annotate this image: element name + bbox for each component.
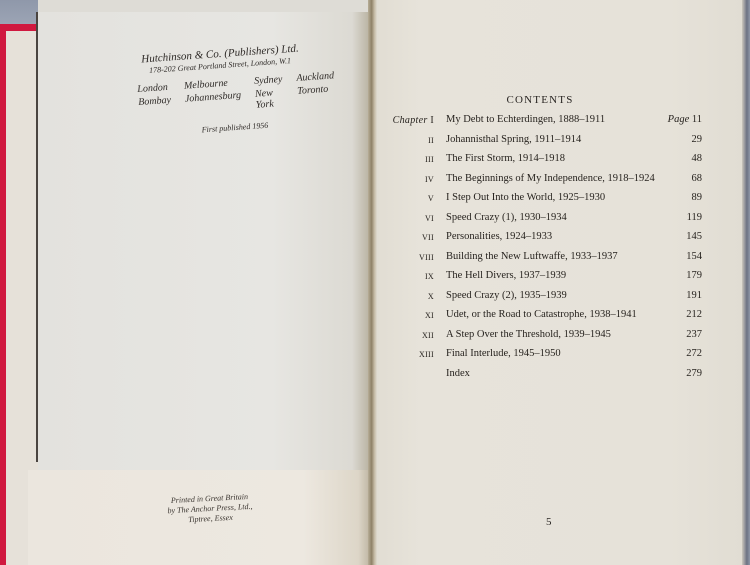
page-value: 237 bbox=[686, 329, 702, 340]
chapter-numeral: Chapter I bbox=[393, 115, 434, 126]
toc-entry: IXThe Hell Divers, 1937–1939179 bbox=[392, 268, 712, 288]
page-value: 272 bbox=[686, 348, 702, 359]
chapter-title: Johannisthal Spring, 1911–1914 bbox=[446, 134, 581, 145]
city: Toronto bbox=[297, 83, 336, 108]
chapter-title: Final Interlude, 1945–1950 bbox=[446, 348, 561, 359]
numeral-value: II bbox=[428, 136, 434, 145]
page-value: 212 bbox=[686, 309, 702, 320]
chapter-numeral: X bbox=[428, 292, 434, 301]
numeral-value: I bbox=[430, 115, 434, 126]
toc-entry: IVThe Beginnings of My Independence, 191… bbox=[392, 171, 712, 191]
toc-entry: VI Step Out Into the World, 1925–193089 bbox=[392, 190, 712, 210]
chapter-title: The Hell Divers, 1937–1939 bbox=[446, 270, 566, 281]
numeral-value: IX bbox=[425, 272, 434, 281]
page-label: Page bbox=[668, 114, 690, 125]
chapter-numeral: VIII bbox=[419, 253, 434, 262]
page-value: 191 bbox=[686, 290, 702, 301]
city: Bombay bbox=[138, 95, 172, 119]
chapter-page: 237 bbox=[686, 329, 702, 340]
numeral-value: IV bbox=[425, 175, 434, 184]
toc-entry: Index279 bbox=[392, 366, 712, 386]
page-value: 48 bbox=[692, 153, 703, 164]
toc-entry: VIIIBuilding the New Luftwaffe, 1933–193… bbox=[392, 249, 712, 269]
open-book-photo: Hutchinson & Co. (Publishers) Ltd. 178-2… bbox=[0, 0, 750, 565]
city: Johannesburg bbox=[185, 90, 243, 116]
chapter-title: Udet, or the Road to Catastrophe, 1938–1… bbox=[446, 309, 637, 320]
chapter-numeral: VII bbox=[422, 233, 434, 242]
left-page-top-edge bbox=[38, 0, 372, 12]
toc-entry: VISpeed Crazy (1), 1930–1934119 bbox=[392, 210, 712, 230]
toc-entry: XIIIFinal Interlude, 1945–1950272 bbox=[392, 346, 712, 366]
page-value: 29 bbox=[692, 134, 703, 145]
chapter-title: Speed Crazy (2), 1935–1939 bbox=[446, 290, 567, 301]
chapter-title: A Step Over the Threshold, 1939–1945 bbox=[446, 329, 611, 340]
chapter-page: 179 bbox=[686, 270, 702, 281]
chapter-page: 68 bbox=[692, 173, 703, 184]
chapter-page: 145 bbox=[686, 231, 702, 242]
page-number: 5 bbox=[546, 516, 552, 528]
toc-entry: XSpeed Crazy (2), 1935–1939191 bbox=[392, 288, 712, 308]
city: New York bbox=[255, 87, 285, 111]
chapter-page: 154 bbox=[686, 251, 702, 262]
chapter-title: I Step Out Into the World, 1925–1930 bbox=[446, 192, 605, 203]
table-of-contents: Chapter IMy Debt to Echterdingen, 1888–1… bbox=[392, 112, 712, 385]
chapter-page: 212 bbox=[686, 309, 702, 320]
chapter-page: 119 bbox=[687, 212, 702, 223]
chapter-title: Index bbox=[446, 368, 470, 379]
page-value: 154 bbox=[686, 251, 702, 262]
chapter-title: Building the New Luftwaffe, 1933–1937 bbox=[446, 251, 618, 262]
chapter-page: Page 11 bbox=[668, 114, 702, 125]
toc-entry: Chapter IMy Debt to Echterdingen, 1888–1… bbox=[392, 112, 712, 132]
page-value: 68 bbox=[692, 173, 703, 184]
page-value: 145 bbox=[686, 231, 702, 242]
page-value: 11 bbox=[692, 114, 702, 125]
chapter-numeral: XIII bbox=[419, 350, 434, 359]
chapter-numeral: XII bbox=[422, 331, 434, 340]
page-value: 279 bbox=[686, 368, 702, 379]
numeral-value: XII bbox=[422, 331, 434, 340]
toc-entry: XIIA Step Over the Threshold, 1939–19452… bbox=[392, 327, 712, 347]
numeral-value: VI bbox=[425, 214, 434, 223]
chapter-title: My Debt to Echterdingen, 1888–1911 bbox=[446, 114, 605, 125]
page-value: 89 bbox=[692, 192, 703, 203]
chapter-numeral: II bbox=[428, 136, 434, 145]
chapter-page: 89 bbox=[692, 192, 703, 203]
toc-entry: IIIThe First Storm, 1914–191848 bbox=[392, 151, 712, 171]
chapter-numeral: XI bbox=[425, 311, 434, 320]
numeral-value: X bbox=[428, 292, 434, 301]
chapter-title: Speed Crazy (1), 1930–1934 bbox=[446, 212, 567, 223]
city: Sydney bbox=[254, 74, 283, 87]
contents-heading: CONTENTS bbox=[500, 94, 580, 106]
chapter-page: 29 bbox=[692, 134, 703, 145]
chapter-page: 279 bbox=[686, 368, 702, 379]
chapter-title: Personalities, 1924–1933 bbox=[446, 231, 552, 242]
publisher-imprint: Hutchinson & Co. (Publishers) Ltd. 178-2… bbox=[120, 48, 310, 132]
numeral-value: XIII bbox=[419, 350, 434, 359]
flyleaf-edge bbox=[36, 12, 38, 462]
toc-entry: XIUdet, or the Road to Catastrophe, 1938… bbox=[392, 307, 712, 327]
chapter-numeral: V bbox=[428, 194, 434, 203]
publisher-cities: London Melbourne Sydney Auckland Bombay … bbox=[137, 72, 311, 119]
printer-note: Printed in Great Britain by The Anchor P… bbox=[149, 491, 270, 527]
page-value: 119 bbox=[687, 212, 702, 223]
chapter-numeral: III bbox=[425, 155, 434, 164]
chapter-label: Chapter bbox=[393, 115, 428, 126]
chapter-numeral: IX bbox=[425, 272, 434, 281]
numeral-value: III bbox=[425, 155, 434, 164]
city: London bbox=[137, 82, 170, 95]
toc-entry: VIIPersonalities, 1924–1933145 bbox=[392, 229, 712, 249]
page-value: 179 bbox=[686, 270, 702, 281]
numeral-value: XI bbox=[425, 311, 434, 320]
chapter-numeral: IV bbox=[425, 175, 434, 184]
numeral-value: VII bbox=[422, 233, 434, 242]
numeral-value: V bbox=[428, 194, 434, 203]
chapter-page: 48 bbox=[692, 153, 703, 164]
right-page-edge bbox=[742, 0, 750, 565]
book-gutter bbox=[368, 0, 377, 565]
chapter-numeral: VI bbox=[425, 214, 434, 223]
chapter-page: 272 bbox=[686, 348, 702, 359]
chapter-title: The First Storm, 1914–1918 bbox=[446, 153, 565, 164]
toc-entry: IIJohannisthal Spring, 1911–191429 bbox=[392, 132, 712, 152]
chapter-page: 191 bbox=[686, 290, 702, 301]
chapter-title: The Beginnings of My Independence, 1918–… bbox=[446, 173, 655, 184]
numeral-value: VIII bbox=[419, 253, 434, 262]
